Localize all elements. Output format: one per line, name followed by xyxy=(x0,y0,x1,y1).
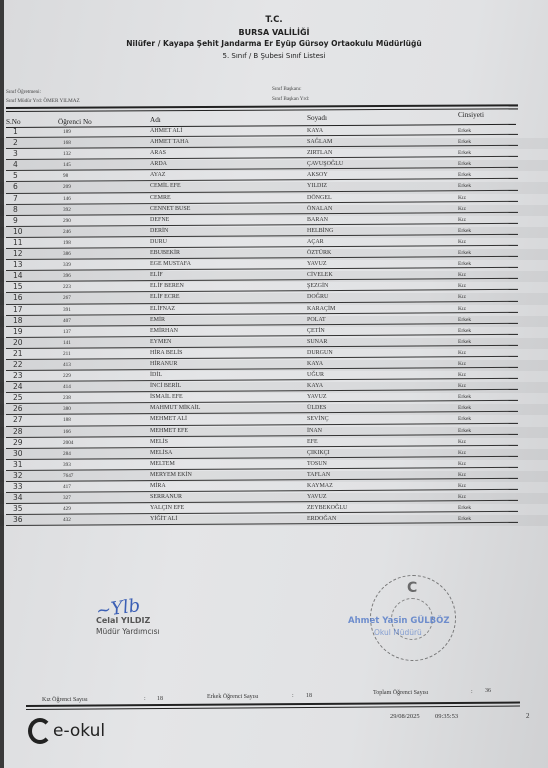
cell-name: ARDA xyxy=(150,161,167,167)
cell-name: ELİFNAZ xyxy=(150,306,175,312)
total-count-value: 36 xyxy=(485,688,491,694)
table-row: 18407EMİRPOLATErkek xyxy=(0,316,548,327)
table-row: 11198DURUAÇARKız xyxy=(0,238,548,249)
cell-name: MELTEM xyxy=(150,461,175,467)
cell-sno: 32 xyxy=(13,471,23,480)
cell-name: ELİF ECRE xyxy=(150,294,180,300)
total-count-label: Toplam Öğrenci Sayısı xyxy=(373,690,428,696)
cell-surname: ÖZTÜRK xyxy=(307,250,331,256)
cell-surname: YAVUZ xyxy=(307,494,327,500)
cell-student-no: 290 xyxy=(63,218,71,224)
cell-gender: Kız xyxy=(458,461,466,467)
cell-student-no: 188 xyxy=(63,417,71,423)
cell-student-no: 391 xyxy=(63,307,71,313)
cell-name: ELİF xyxy=(150,272,163,278)
header-school: Nilüfer / Kayapa Şehit Jandarma Er Eyüp … xyxy=(0,39,548,48)
cell-student-no: 211 xyxy=(63,351,71,357)
table-row: 13339EGE MUSTAFAYAVUZErkek xyxy=(0,260,548,271)
cell-sno: 13 xyxy=(13,260,23,269)
table-row: 36432YİĞİT ALİERDOĞANErkek xyxy=(0,515,548,526)
cell-gender: Erkek xyxy=(458,128,471,134)
cell-student-no: 2004 xyxy=(63,440,73,446)
cell-gender: Erkek xyxy=(458,339,471,345)
col-header-sno: S.No xyxy=(6,118,21,126)
table-row: 35429YALÇIN EFEZEYBEKOĞLUErkek xyxy=(0,504,548,515)
teacher-field: Sınıf Öğretmeni: xyxy=(6,89,41,95)
cell-student-no: 132 xyxy=(63,151,71,157)
table-row: 15223ELİF BERENŞEZGİNKız xyxy=(0,282,548,293)
cell-sno: 25 xyxy=(13,393,23,402)
cell-sno: 21 xyxy=(13,349,23,358)
cell-sno: 17 xyxy=(13,305,23,314)
boys-count-value: 18 xyxy=(306,693,312,699)
cell-sno: 11 xyxy=(13,238,23,247)
header-rule-thin xyxy=(6,108,518,112)
cell-student-no: 145 xyxy=(63,162,71,168)
cell-sno: 16 xyxy=(13,293,23,302)
e-okul-logo-icon xyxy=(28,718,52,744)
print-time: 09:35:53 xyxy=(435,713,458,720)
e-okul-logo: e-okul xyxy=(28,718,105,744)
cell-student-no: 386 xyxy=(63,251,71,257)
table-row: 23229İDİLUĞURKız xyxy=(0,371,548,382)
cell-sno: 6 xyxy=(13,182,18,191)
cell-student-no: 327 xyxy=(63,495,71,501)
cell-name: EMİRHAN xyxy=(150,328,178,334)
cell-sno: 29 xyxy=(13,438,23,447)
cell-gender: Kız xyxy=(458,294,466,300)
cell-name: HİRA BELİS xyxy=(150,350,183,356)
cell-surname: İNAN xyxy=(307,428,322,434)
cell-gender: Kız xyxy=(458,494,466,500)
boys-count-label: Erkek Öğrenci Sayısı xyxy=(207,694,258,700)
cell-name: YALÇIN EFE xyxy=(150,505,184,511)
total-count-sep: : xyxy=(471,689,473,695)
cell-sno: 2 xyxy=(13,138,18,147)
cell-gender: Erkek xyxy=(458,183,471,189)
cell-name: CEMİL EFE xyxy=(150,183,181,189)
cell-surname: KARAÇİM xyxy=(307,306,335,312)
cell-sno: 34 xyxy=(13,493,23,502)
table-row: 21211HİRA BELİSDURGUNKız xyxy=(0,349,548,360)
table-row: 30284MELİSAÇIKIKÇIKız xyxy=(0,449,548,460)
cell-surname: KAYA xyxy=(307,361,323,367)
vice-principal-field: Sınıf Müdür Yrd: ÖMER YILMAZ xyxy=(6,98,80,104)
girls-count-value: 18 xyxy=(157,696,163,702)
cell-student-no: 209 xyxy=(63,184,71,190)
cell-name: AHMET TAHA xyxy=(150,139,189,145)
cell-sno: 36 xyxy=(13,515,23,524)
table-row: 24414İNCİ BERİLKAYAKız xyxy=(0,382,548,393)
cell-student-no: 267 xyxy=(63,295,71,301)
cell-name: MELİSA xyxy=(150,450,172,456)
cell-student-no: 429 xyxy=(63,506,71,512)
cell-gender: Erkek xyxy=(458,416,471,422)
cell-student-no: 98 xyxy=(63,173,68,179)
cell-sno: 9 xyxy=(13,216,18,225)
cell-sno: 3 xyxy=(13,149,18,158)
table-row: 6209CEMİL EFEYILDIZErkek xyxy=(0,182,548,193)
cell-surname: SEVİNÇ xyxy=(307,416,329,422)
cell-sno: 19 xyxy=(13,327,23,336)
cell-surname: ZEYBEKOĞLU xyxy=(307,505,347,511)
cell-surname: YAVUZ xyxy=(307,261,327,267)
vice-principal-value: ÖMER YILMAZ xyxy=(43,98,79,104)
cell-sno: 26 xyxy=(13,404,23,413)
signature-right-name: Ahmet Yasin GÜLBÖZ xyxy=(348,616,450,626)
table-row: 10246DERİNHELBİNGErkek xyxy=(0,227,548,238)
header-valilik: BURSA VALİLİĞİ xyxy=(0,28,548,37)
cell-student-no: 166 xyxy=(63,429,71,435)
cell-name: EGE MUSTAFA xyxy=(150,261,191,267)
cell-sno: 23 xyxy=(13,371,23,380)
signature-left-name: Celal YILDIZ xyxy=(96,616,150,625)
cell-name: MİRA xyxy=(150,483,166,489)
cell-student-no: 246 xyxy=(63,229,71,235)
cell-surname: ÇETİN xyxy=(307,328,325,334)
cell-surname: ÇAVUŞOĞLU xyxy=(307,161,343,167)
table-row: 4145ARDAÇAVUŞOĞLUErkek xyxy=(0,160,548,171)
cell-sno: 1 xyxy=(13,127,18,136)
table-row: 33417MİRAKAYMAZKız xyxy=(0,482,548,493)
cell-gender: Kız xyxy=(458,450,466,456)
girls-count-sep: : xyxy=(144,696,146,702)
cell-student-no: 146 xyxy=(63,196,71,202)
cell-surname: ÖNALAN xyxy=(307,206,332,212)
vice-principal-label: Sınıf Müdür Yrd: xyxy=(6,98,42,104)
cell-student-no: 417 xyxy=(63,484,71,490)
cell-name: EMİR xyxy=(150,317,165,323)
cell-gender: Kız xyxy=(458,350,466,356)
cell-name: ELİF BEREN xyxy=(150,283,184,289)
cell-name: ARAS xyxy=(150,150,166,156)
cell-surname: HELBİNG xyxy=(307,228,333,234)
col-header-surname: Soyadı xyxy=(307,114,327,122)
table-row: 22413HİRANURKAYAKız xyxy=(0,360,548,371)
signature-right-title: Okul Müdürü xyxy=(374,628,422,637)
cell-name: MELİS xyxy=(150,439,168,445)
cell-student-no: 339 xyxy=(63,262,71,268)
president-field: Sınıf Başkanı: xyxy=(272,86,302,92)
cell-sno: 22 xyxy=(13,360,23,369)
cell-surname: TOSUN xyxy=(307,461,327,467)
table-row: 292004MELİSEFEKız xyxy=(0,438,548,449)
cell-surname: KAYA xyxy=(307,128,323,134)
cell-name: İNCİ BERİL xyxy=(150,383,181,389)
cell-student-no: 380 xyxy=(63,406,71,412)
col-header-gender: Cinsiyeti xyxy=(458,111,484,119)
cell-surname: ZIRTLAN xyxy=(307,150,332,156)
cell-student-no: 7647 xyxy=(63,473,73,479)
table-row: 2168AHMET TAHASAĞLAMErkek xyxy=(0,138,548,149)
cell-name: CENNET BUSE xyxy=(150,206,190,212)
cell-sno: 31 xyxy=(13,460,23,469)
table-row: 1189AHMET ALİKAYAErkek xyxy=(0,127,548,138)
cell-surname: KAYMAZ xyxy=(307,483,333,489)
cell-sno: 7 xyxy=(13,194,18,203)
cell-gender: Erkek xyxy=(458,317,471,323)
cell-sno: 35 xyxy=(13,504,23,513)
cell-student-no: 168 xyxy=(63,140,71,146)
cell-surname: SAĞLAM xyxy=(307,139,332,145)
table-row: 34327SERRANURYAVUZKız xyxy=(0,493,548,504)
cell-student-no: 396 xyxy=(63,273,71,279)
cell-gender: Kız xyxy=(458,472,466,478)
cell-gender: Kız xyxy=(458,195,466,201)
cell-surname: DURGUN xyxy=(307,350,333,356)
cell-name: AHMET ALİ xyxy=(150,128,182,134)
cell-student-no: 229 xyxy=(63,373,71,379)
table-row: 28166MEHMET EFEİNANErkek xyxy=(0,427,548,438)
cell-surname: AÇAR xyxy=(307,239,324,245)
cell-gender: Kız xyxy=(458,439,466,445)
cell-surname: ERDOĞAN xyxy=(307,516,336,522)
cell-sno: 20 xyxy=(13,338,23,347)
cell-student-no: 407 xyxy=(63,318,71,324)
stamp-mark: C xyxy=(407,580,417,596)
cell-sno: 24 xyxy=(13,382,23,391)
row-divider xyxy=(6,522,518,526)
cell-student-no: 238 xyxy=(63,395,71,401)
signature-left-title: Müdür Yardımcısı xyxy=(96,627,160,636)
cell-name: MAHMUT MİKAİL xyxy=(150,405,200,411)
cell-gender: Kız xyxy=(458,361,466,367)
table-row: 17391ELİFNAZKARAÇİMKız xyxy=(0,305,548,316)
cell-surname: YILDIZ xyxy=(307,183,327,189)
boys-count-sep: : xyxy=(292,693,294,699)
cell-student-no: 284 xyxy=(63,451,71,457)
cell-name: MEHMET EFE xyxy=(150,428,188,434)
cell-surname: ÇIKIKÇI xyxy=(307,450,330,456)
cell-gender: Kız xyxy=(458,372,466,378)
cell-student-no: 141 xyxy=(63,340,71,346)
cell-surname: SUNAR xyxy=(307,339,327,345)
cell-name: CEMRE xyxy=(150,195,171,201)
cell-gender: Kız xyxy=(458,483,466,489)
table-row: 20141EYMENSUNARErkek xyxy=(0,338,548,349)
vice-president-field: Sınıf Başkan Yrd: xyxy=(272,96,309,102)
cell-student-no: 223 xyxy=(63,284,71,290)
cell-surname: KAYA xyxy=(307,383,323,389)
cell-student-no: 393 xyxy=(63,462,71,468)
cell-sno: 28 xyxy=(13,427,23,436)
cell-surname: ÜLDES xyxy=(307,405,326,411)
cell-surname: YAVUZ xyxy=(307,394,327,400)
president-label: Sınıf Başkanı: xyxy=(272,86,302,92)
cell-sno: 4 xyxy=(13,160,18,169)
table-row: 598AYAZAKSOYErkek xyxy=(0,171,548,182)
cell-student-no: 413 xyxy=(63,362,71,368)
cell-surname: ŞEZGİN xyxy=(307,283,328,289)
cell-name: DEFNE xyxy=(150,217,169,223)
cell-gender: Erkek xyxy=(458,328,471,334)
cell-student-no: 137 xyxy=(63,329,71,335)
cell-gender: Kız xyxy=(458,217,466,223)
cell-gender: Kız xyxy=(458,206,466,212)
header-list-title: 5. Sınıf / B Şubesi Sınıf Listesi xyxy=(0,52,548,60)
table-row: 327647MERYEM EKİNTAFLANKız xyxy=(0,471,548,482)
table-row: 8392CENNET BUSEÖNALANKız xyxy=(0,205,548,216)
table-row: 25238İSMAİL EFEYAVUZErkek xyxy=(0,393,548,404)
cell-gender: Erkek xyxy=(458,428,471,434)
cell-name: SERRANUR xyxy=(150,494,182,500)
cell-name: AYAZ xyxy=(150,172,165,178)
teacher-label: Sınıf Öğretmeni: xyxy=(6,89,41,95)
print-date: 29/08/2025 xyxy=(390,713,420,720)
cell-surname: UĞUR xyxy=(307,372,324,378)
table-row: 26380MAHMUT MİKAİLÜLDESErkek xyxy=(0,404,548,415)
cell-gender: Erkek xyxy=(458,228,471,234)
cell-gender: Kız xyxy=(458,239,466,245)
col-header-student-no: Öğrenci No xyxy=(58,118,92,126)
cell-surname: TAFLAN xyxy=(307,472,330,478)
student-table: 1189AHMET ALİKAYAErkek2168AHMET TAHASAĞL… xyxy=(0,127,548,526)
table-row: 7146CEMREDÖNGELKız xyxy=(0,194,548,205)
table-row: 31393MELTEMTOSUNKız xyxy=(0,460,548,471)
cell-name: MEHMET ALİ xyxy=(150,416,187,422)
table-row: 16267ELİF ECREDOĞRUKız xyxy=(0,293,548,304)
cell-surname: BARAN xyxy=(307,217,328,223)
table-row: 9290DEFNEBARANKız xyxy=(0,216,548,227)
table-row: 14396ELİFCİVELEKKız xyxy=(0,271,548,282)
cell-sno: 14 xyxy=(13,271,23,280)
cell-student-no: 392 xyxy=(63,207,71,213)
cell-name: MERYEM EKİN xyxy=(150,472,192,478)
cell-surname: AKSOY xyxy=(307,172,328,178)
cell-sno: 33 xyxy=(13,482,23,491)
girls-count-label: Kız Öğrenci Sayısı xyxy=(42,697,88,703)
table-row: 3132ARASZIRTLANErkek xyxy=(0,149,548,160)
cell-student-no: 189 xyxy=(63,129,71,135)
cell-sno: 8 xyxy=(13,205,18,214)
cell-student-no: 198 xyxy=(63,240,71,246)
col-header-name: Adı xyxy=(150,116,161,124)
cell-surname: DÖNGEL xyxy=(307,195,332,201)
cell-name: YİĞİT ALİ xyxy=(150,516,177,522)
cell-sno: 12 xyxy=(13,249,23,258)
cell-surname: POLAT xyxy=(307,317,326,323)
cell-sno: 5 xyxy=(13,171,18,180)
cell-sno: 15 xyxy=(13,282,23,291)
cell-student-no: 414 xyxy=(63,384,71,390)
cell-name: DURU xyxy=(150,239,167,245)
header-tc: T.C. xyxy=(0,15,548,25)
cell-name: İDİL xyxy=(150,372,162,378)
cell-name: DERİN xyxy=(150,228,168,234)
table-row: 19137EMİRHANÇETİNErkek xyxy=(0,327,548,338)
cell-student-no: 432 xyxy=(63,517,71,523)
cell-sno: 27 xyxy=(13,415,23,424)
cell-sno: 30 xyxy=(13,449,23,458)
cell-gender: Erkek xyxy=(458,250,471,256)
table-row: 12386EBUBEKİRÖZTÜRKErkek xyxy=(0,249,548,260)
cell-surname: DOĞRU xyxy=(307,294,328,300)
cell-surname: EFE xyxy=(307,439,318,445)
vice-president-label: Sınıf Başkan Yrd: xyxy=(272,96,309,102)
e-okul-logo-text: e-okul xyxy=(53,721,105,741)
cell-name: EYMEN xyxy=(150,339,171,345)
page-number: 2 xyxy=(526,712,530,720)
cell-surname: CİVELEK xyxy=(307,272,333,278)
table-row: 27188MEHMET ALİSEVİNÇErkek xyxy=(0,415,548,426)
cell-name: EBUBEKİR xyxy=(150,250,180,256)
cell-sno: 10 xyxy=(13,227,23,236)
cell-name: HİRANUR xyxy=(150,361,177,367)
cell-name: İSMAİL EFE xyxy=(150,394,183,400)
cell-sno: 18 xyxy=(13,316,23,325)
cell-gender: Kız xyxy=(458,306,466,312)
